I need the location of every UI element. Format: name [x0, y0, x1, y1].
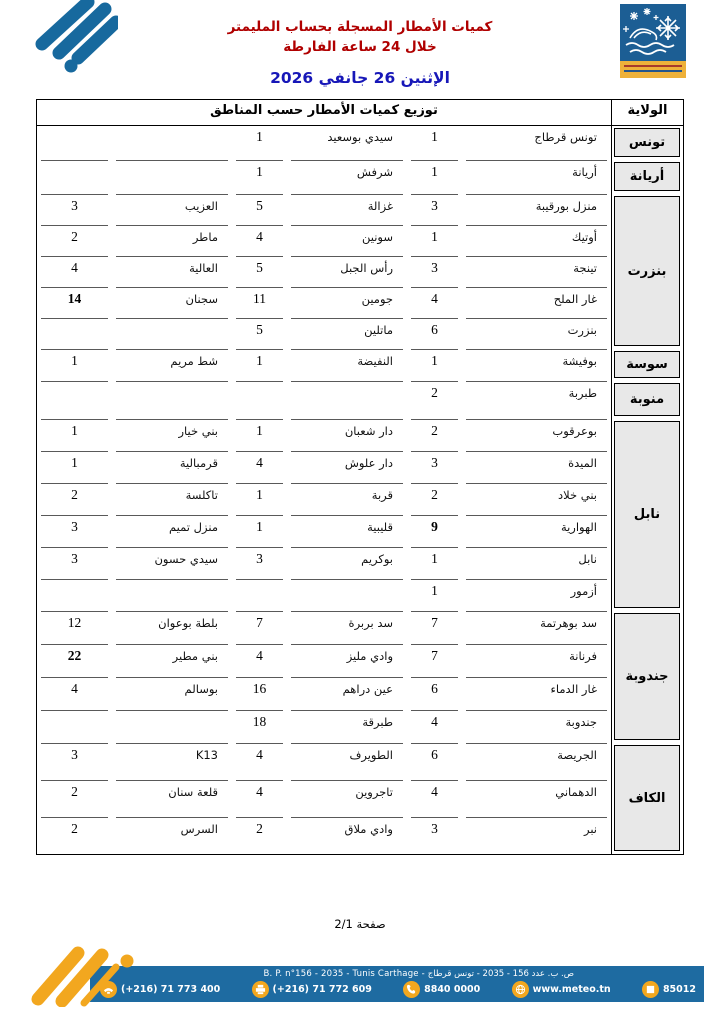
station-name: الميدة — [466, 451, 607, 483]
station-row: تينجة3رأس الجبل5العالية4 — [37, 256, 611, 287]
logo-dot — [65, 60, 78, 73]
station-name: منزل بورقيبة — [466, 194, 607, 225]
stations-area: بوعرقوب2دار شعبان1بني خيار1الميدة3دار عل… — [37, 419, 611, 611]
inm-logo-emblem — [620, 4, 686, 61]
station-name: قرمبالية — [116, 451, 228, 483]
stations-area: أريانة1شرفش1 — [37, 160, 611, 194]
governorate-cell: بنزرت — [614, 196, 680, 346]
rainfall-value: 1 — [411, 349, 458, 381]
rainfall-value: 3 — [411, 817, 458, 854]
station-name: الطويرف — [291, 743, 403, 780]
station-name: طبرقة — [291, 710, 403, 743]
station-name: سيدي بوسعيد — [291, 126, 403, 160]
station-name — [116, 381, 228, 419]
rainfall-value: 3 — [41, 547, 108, 579]
rainfall-value: 4 — [41, 256, 108, 287]
rainfall-value: 14 — [41, 287, 108, 318]
rainfall-value: 1 — [236, 349, 283, 381]
station-name: بوعرقوب — [466, 419, 607, 451]
contact-website: www.meteo.tn — [512, 981, 611, 998]
station-name: بوكريم — [291, 547, 403, 579]
rainfall-value — [236, 381, 283, 419]
station-name: أريانة — [466, 160, 607, 194]
station-row: الجريصة6الطويرف4K133 — [37, 743, 611, 780]
rainfall-value: 3 — [41, 743, 108, 780]
contact-fax: (+216) 71 772 609 — [252, 981, 372, 998]
station-row: غار الملح4جومين11سجنان14 — [37, 287, 611, 318]
station-row: أوتيك1سونين4ماطر2 — [37, 225, 611, 256]
governorate-group: منزل بورقيبة3غزالة5العزيب3أوتيك1سونين4ما… — [37, 194, 683, 349]
station-name: أزمور — [466, 579, 607, 611]
station-name: سونين — [291, 225, 403, 256]
fax-icon — [252, 981, 269, 998]
rainfall-value: 1 — [411, 160, 458, 194]
rainfall-value: 3 — [41, 194, 108, 225]
rainfall-value: 2 — [236, 817, 283, 854]
cloud-icon — [630, 29, 657, 40]
governorate-column: تونس — [611, 126, 683, 160]
rainfall-value: 1 — [41, 451, 108, 483]
rainfall-value: 4 — [236, 451, 283, 483]
station-name: السرس — [116, 817, 228, 854]
station-name — [116, 579, 228, 611]
station-name: ماتلين — [291, 318, 403, 349]
rainfall-value: 4 — [236, 780, 283, 817]
station-name: سيدي حسون — [116, 547, 228, 579]
station-name: وادي مليز — [291, 644, 403, 677]
station-name: بلطة بوعوان — [116, 611, 228, 644]
contact-phone2: 8840 0000 — [403, 981, 480, 998]
rainfall-value: 1 — [411, 579, 458, 611]
governorate-cell: الكاف — [614, 745, 680, 851]
rainfall-value: 12 — [41, 611, 108, 644]
station-row: نابل1بوكريم3سيدي حسون3 — [37, 547, 611, 579]
stations-area: سد بوهرتمة7سد بربرة7بلطة بوعوان12فرنانة7… — [37, 611, 611, 743]
rainfall-value: 1 — [236, 483, 283, 515]
governorate-group: تونس قرطاج1سيدي بوسعيد1تونس — [37, 126, 683, 160]
station-name: تونس قرطاج — [466, 126, 607, 160]
rain-streaks-logo — [26, 0, 118, 76]
rainfall-value: 3 — [41, 515, 108, 547]
station-row: بوعرقوب2دار شعبان1بني خيار1 — [37, 419, 611, 451]
station-row: الميدة3دار علوش4قرمبالية1 — [37, 451, 611, 483]
station-row: جندوبة4طبرقة18 — [37, 710, 611, 743]
contact-label: 8840 0000 — [424, 984, 480, 995]
station-name: تينجة — [466, 256, 607, 287]
station-name: شط مريم — [116, 349, 228, 381]
station-name — [291, 381, 403, 419]
station-row: سد بوهرتمة7سد بربرة7بلطة بوعوان12 — [37, 611, 611, 644]
station-name: الجريصة — [466, 743, 607, 780]
contact-label: 85012 — [663, 984, 696, 995]
inm-logo-caption — [620, 61, 686, 78]
station-name: جومين — [291, 287, 403, 318]
stations-area: بوفيشة1النفيضة1شط مريم1 — [37, 349, 611, 381]
contact-label: www.meteo.tn — [533, 984, 611, 995]
station-row: نبر3وادي ملاق2السرس2 — [37, 817, 611, 854]
governorate-column: أريانة — [611, 160, 683, 194]
table-header-row: توزيع كميات الأمطار حسب المناطق الولاية — [37, 100, 683, 126]
report-date: الإثنين 26 جانفي 2026 — [190, 69, 530, 87]
governorate-column: الكاف — [611, 743, 683, 854]
rainfall-value: 18 — [236, 710, 283, 743]
station-row: أريانة1شرفش1 — [37, 160, 611, 194]
title-line1: كميات الأمطار المسجلة بحساب المليمتر — [190, 18, 530, 38]
rainfall-value: 4 — [411, 287, 458, 318]
rainfall-value: 7 — [411, 644, 458, 677]
station-name: قليبية — [291, 515, 403, 547]
rainfall-value: 3 — [411, 194, 458, 225]
station-name: العالية — [116, 256, 228, 287]
station-row: بني خلاد2قربة1تاكلسة2 — [37, 483, 611, 515]
station-name: بني خلاد — [466, 483, 607, 515]
station-name: قلعة سنان — [116, 780, 228, 817]
governorate-group: طبربة2منوبة — [37, 381, 683, 419]
inm-logo — [620, 4, 686, 82]
station-name: تاكلسة — [116, 483, 228, 515]
rainfall-value: 1 — [236, 419, 283, 451]
rainfall-value: 4 — [41, 677, 108, 710]
station-name: طبربة — [466, 381, 607, 419]
rainfall-value: 2 — [411, 381, 458, 419]
rainfall-value: 4 — [236, 644, 283, 677]
station-name: شرفش — [291, 160, 403, 194]
station-name: بوفيشة — [466, 349, 607, 381]
station-name — [291, 579, 403, 611]
rainfall-value: 5 — [236, 194, 283, 225]
footer-banner: B. P. n°156 - 2035 - Tunis Carthage - ص.… — [90, 966, 704, 1002]
rainfall-value: 1 — [236, 515, 283, 547]
rainfall-value: 1 — [411, 547, 458, 579]
station-name: دار علوش — [291, 451, 403, 483]
contacts-row: (+216) 71 773 400 (+216) 71 772 609 8840… — [100, 981, 696, 998]
address-line: B. P. n°156 - 2035 - Tunis Carthage - ص.… — [263, 969, 574, 979]
governorate-column: بنزرت — [611, 194, 683, 349]
station-row: منزل بورقيبة3غزالة5العزيب3 — [37, 194, 611, 225]
rainfall-value: 22 — [41, 644, 108, 677]
station-row: أزمور1 — [37, 579, 611, 611]
governorate-cell: جندوبة — [614, 613, 680, 740]
station-name: بني خيار — [116, 419, 228, 451]
rainfall-value: 1 — [41, 349, 108, 381]
rainfall-value: 1 — [41, 419, 108, 451]
title-line2: خلال 24 ساعة الفارطة — [190, 38, 530, 58]
station-row: الدهماني4تاجروين4قلعة سنان2 — [37, 780, 611, 817]
station-name: فرنانة — [466, 644, 607, 677]
rainfall-value: 2 — [411, 419, 458, 451]
stations-area: الجريصة6الطويرف4K133الدهماني4تاجروين4قلع… — [37, 743, 611, 854]
stations-area: منزل بورقيبة3غزالة5العزيب3أوتيك1سونين4ما… — [37, 194, 611, 349]
rainfall-value: 4 — [236, 225, 283, 256]
station-name: دار شعبان — [291, 419, 403, 451]
rainfall-value — [41, 126, 108, 160]
governorate-group: الجريصة6الطويرف4K133الدهماني4تاجروين4قلع… — [37, 743, 683, 854]
station-name: غار الملح — [466, 287, 607, 318]
rainfall-table: توزيع كميات الأمطار حسب المناطق الولاية … — [36, 99, 684, 855]
rainfall-value: 1 — [411, 225, 458, 256]
station-name: قربة — [291, 483, 403, 515]
station-row: الهوارية9قليبية1منزل تميم3 — [37, 515, 611, 547]
rainfall-value: 2 — [41, 225, 108, 256]
governorate-column: سوسة — [611, 349, 683, 381]
rainfall-value — [236, 579, 283, 611]
rainfall-value — [41, 381, 108, 419]
station-row: بنزرت6ماتلين5 — [37, 318, 611, 349]
governorate-header: الولاية — [611, 100, 683, 125]
table-body: تونس قرطاج1سيدي بوسعيد1تونسأريانة1شرفش1أ… — [37, 126, 683, 854]
station-name: وادي ملاق — [291, 817, 403, 854]
rainfall-value: 7 — [236, 611, 283, 644]
rainfall-value: 11 — [236, 287, 283, 318]
governorate-column: نابل — [611, 419, 683, 611]
rainfall-value: 2 — [411, 483, 458, 515]
rainfall-value — [41, 318, 108, 349]
station-name: بنزرت — [466, 318, 607, 349]
governorate-cell: أريانة — [614, 162, 680, 191]
stations-area: طبربة2 — [37, 381, 611, 419]
station-row: بوفيشة1النفيضة1شط مريم1 — [37, 349, 611, 381]
station-name — [116, 710, 228, 743]
phone-handset-icon — [403, 981, 420, 998]
governorate-cell: سوسة — [614, 351, 680, 378]
rainfall-value: 7 — [411, 611, 458, 644]
station-name: رأس الجبل — [291, 256, 403, 287]
rainfall-value: 3 — [411, 256, 458, 287]
station-name: النفيضة — [291, 349, 403, 381]
governorate-group: بوفيشة1النفيضة1شط مريم1سوسة — [37, 349, 683, 381]
rainfall-value: 6 — [411, 743, 458, 780]
page-number: صفحة 2/1 — [0, 917, 720, 931]
station-name: عين دراهم — [291, 677, 403, 710]
rainfall-value: 16 — [236, 677, 283, 710]
snowflake-icon — [656, 16, 680, 40]
footer-decoration — [24, 941, 164, 1007]
rainfall-value: 5 — [236, 318, 283, 349]
rainfall-value: 5 — [236, 256, 283, 287]
governorate-cell: نابل — [614, 421, 680, 608]
station-name: جندوبة — [466, 710, 607, 743]
rainfall-value: 1 — [236, 160, 283, 194]
station-name: أوتيك — [466, 225, 607, 256]
station-name: نبر — [466, 817, 607, 854]
station-name: غزالة — [291, 194, 403, 225]
rainfall-value: 4 — [236, 743, 283, 780]
rainfall-value — [41, 579, 108, 611]
rainfall-value: 2 — [41, 483, 108, 515]
report-title: كميات الأمطار المسجلة بحساب المليمتر خلا… — [190, 18, 530, 57]
rainfall-value — [41, 160, 108, 194]
station-name: سجنان — [116, 287, 228, 318]
station-name — [116, 160, 228, 194]
globe-icon — [512, 981, 529, 998]
distribution-header: توزيع كميات الأمطار حسب المناطق — [37, 100, 611, 125]
stations-area: تونس قرطاج1سيدي بوسعيد1 — [37, 126, 611, 160]
governorate-cell: تونس — [614, 128, 680, 157]
governorate-group: بوعرقوب2دار شعبان1بني خيار1الميدة3دار عل… — [37, 419, 683, 611]
rainfall-value: 3 — [236, 547, 283, 579]
sea-waves-icon — [626, 43, 674, 54]
station-name: K13 — [116, 743, 228, 780]
governorate-group: أريانة1شرفش1أريانة — [37, 160, 683, 194]
station-row: غار الدماء6عين دراهم16بوسالم4 — [37, 677, 611, 710]
station-name — [116, 126, 228, 160]
station-name: تاجروين — [291, 780, 403, 817]
station-row: فرنانة7وادي مليز4بني مطير22 — [37, 644, 611, 677]
rainfall-value: 6 — [411, 318, 458, 349]
station-name — [116, 318, 228, 349]
rainfall-value: 3 — [411, 451, 458, 483]
contact-label: (+216) 71 772 609 — [273, 984, 372, 995]
rainfall-value — [41, 710, 108, 743]
station-name: الدهماني — [466, 780, 607, 817]
station-name: نابل — [466, 547, 607, 579]
governorate-column: منوبة — [611, 381, 683, 419]
governorate-group: سد بوهرتمة7سد بربرة7بلطة بوعوان12فرنانة7… — [37, 611, 683, 743]
teleprinter-icon — [642, 981, 659, 998]
station-name: بوسالم — [116, 677, 228, 710]
rainfall-value: 2 — [41, 817, 108, 854]
station-name: ماطر — [116, 225, 228, 256]
contact-telex: 85012 — [642, 981, 696, 998]
rainfall-value: 6 — [411, 677, 458, 710]
report-header: كميات الأمطار المسجلة بحساب المليمتر خلا… — [190, 18, 530, 87]
rainfall-value: 1 — [411, 126, 458, 160]
rainfall-value: 4 — [411, 780, 458, 817]
rainfall-report-page: كميات الأمطار المسجلة بحساب المليمتر خلا… — [0, 0, 720, 1018]
station-row: طبربة2 — [37, 381, 611, 419]
station-name: غار الدماء — [466, 677, 607, 710]
rainfall-value: 2 — [41, 780, 108, 817]
station-name: العزيب — [116, 194, 228, 225]
station-name: سد بوهرتمة — [466, 611, 607, 644]
rainfall-value: 4 — [411, 710, 458, 743]
governorate-cell: منوبة — [614, 383, 680, 416]
station-row: تونس قرطاج1سيدي بوسعيد1 — [37, 126, 611, 160]
station-name: سد بربرة — [291, 611, 403, 644]
rainfall-value: 9 — [411, 515, 458, 547]
station-name: منزل تميم — [116, 515, 228, 547]
station-name: الهوارية — [466, 515, 607, 547]
governorate-column: جندوبة — [611, 611, 683, 743]
station-name: بني مطير — [116, 644, 228, 677]
rainfall-value: 1 — [236, 126, 283, 160]
